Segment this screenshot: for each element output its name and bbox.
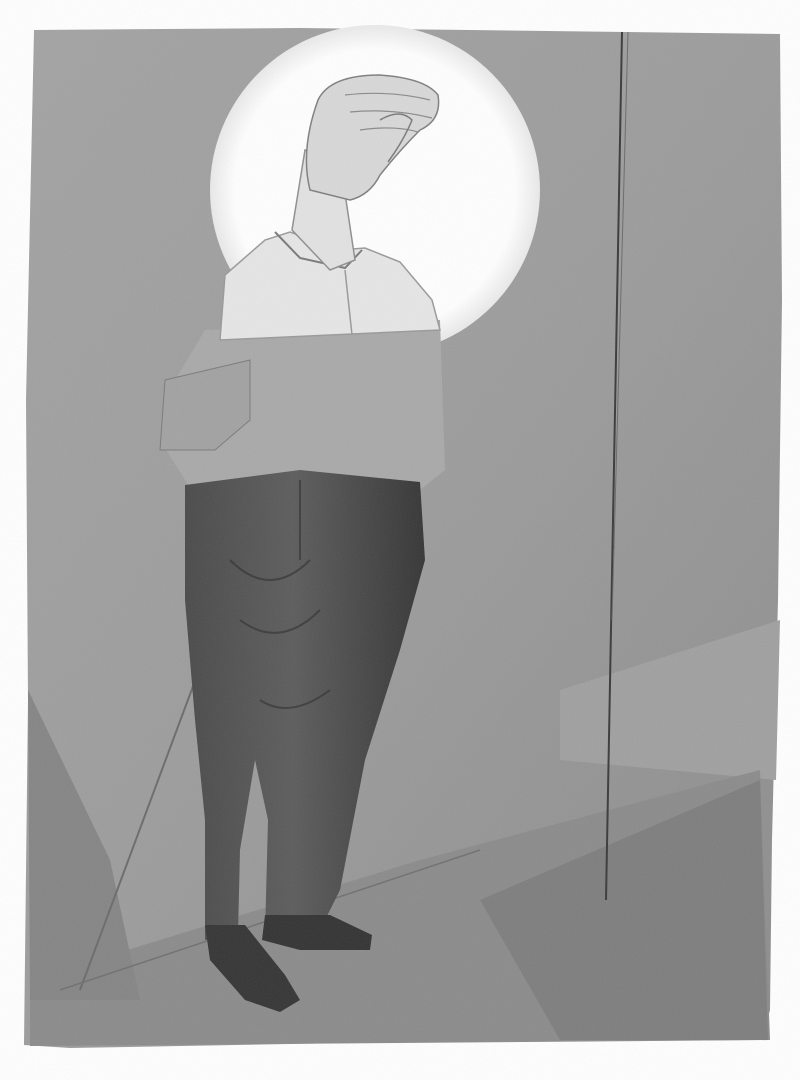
- pencil-drawing-artwork: [0, 0, 800, 1080]
- paper-grain-overlay: [0, 0, 800, 1080]
